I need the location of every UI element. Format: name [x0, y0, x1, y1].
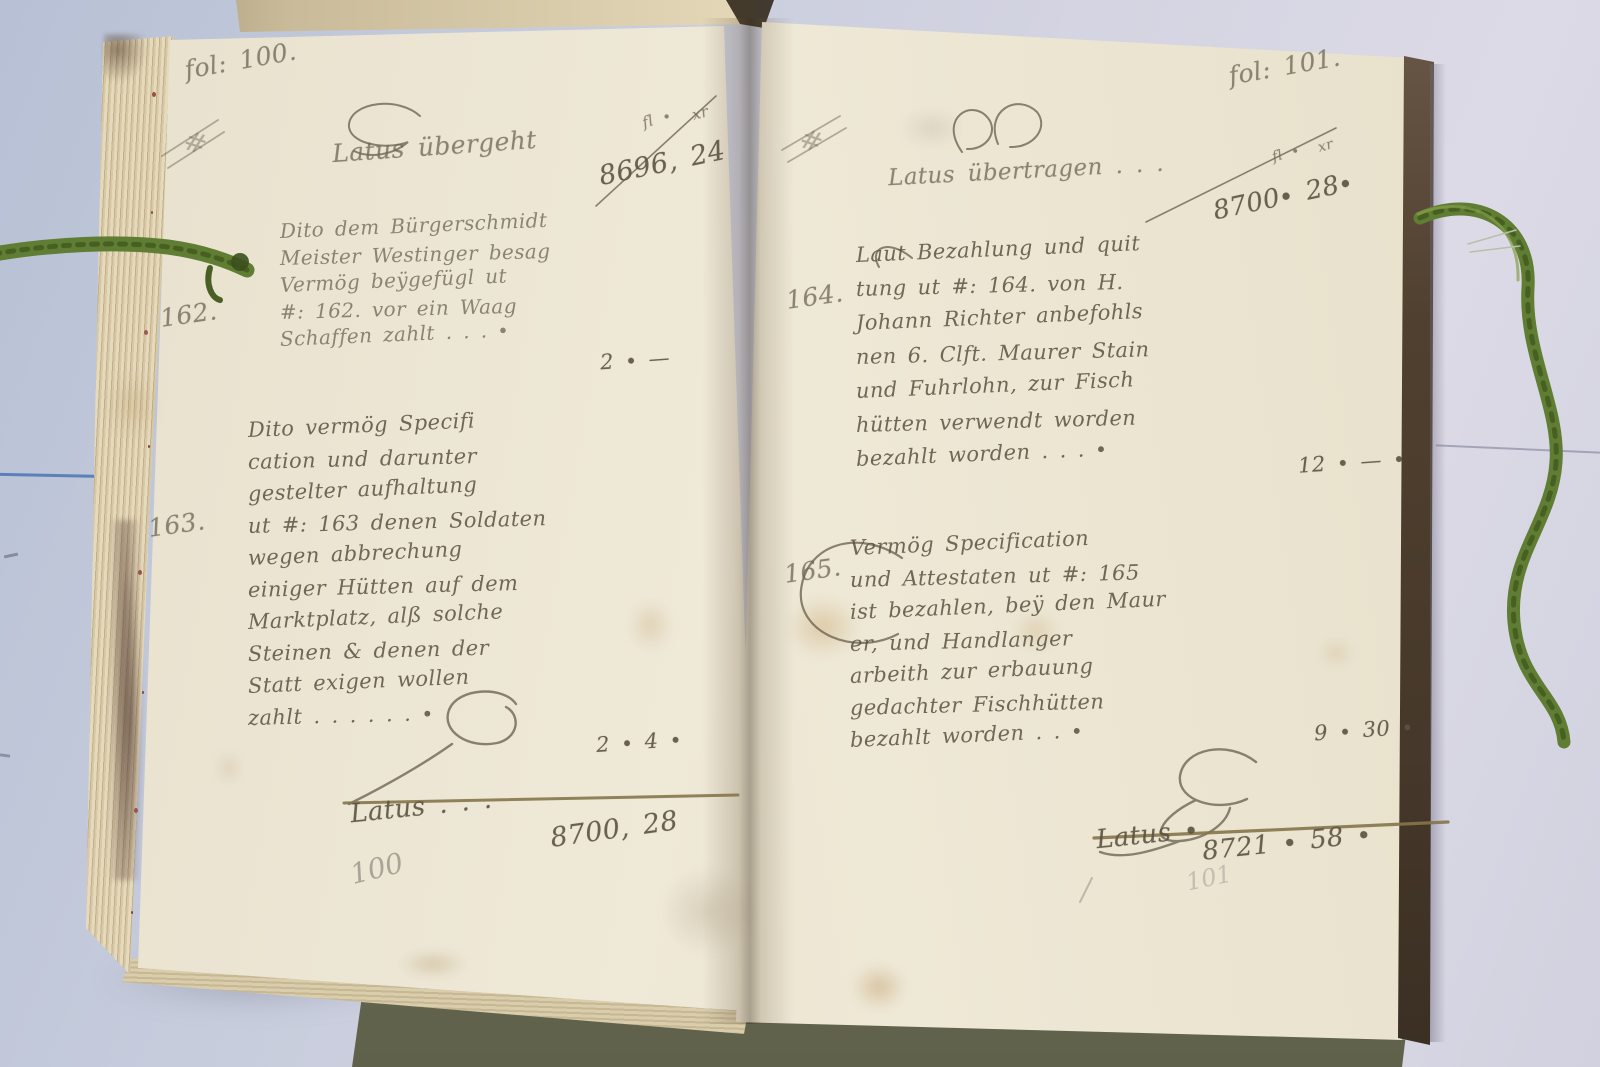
gutter-shadow [702, 18, 794, 1024]
stain [628, 598, 673, 653]
table-grey-line [1436, 444, 1600, 453]
stain [398, 950, 468, 978]
page-edge-mottling [112, 520, 144, 880]
stain [1318, 638, 1354, 668]
entry-162-text: Dito dem Bürgerschmidt Meister Westinger… [280, 218, 551, 353]
table-speck [4, 553, 18, 559]
stain [216, 752, 242, 784]
entry-164-text: Laut Bezahlung und quit tung ut #: 164. … [856, 238, 1150, 476]
photo-scene: fol: 100. # Latus übergeht fl ∙ xr 8696,… [0, 0, 1600, 1067]
stain [852, 964, 906, 1010]
page-edge-corner-shadow [104, 34, 150, 86]
entry-162-amount: 2 ∙ — [599, 346, 671, 375]
entry-line: zahlt . . . . . . ∙ [248, 694, 547, 734]
table-speck [0, 753, 10, 757]
entry-163-text: Dito vermög Specifi cation und darunter … [248, 414, 546, 734]
fore-edge-speckles [152, 92, 156, 97]
right-cover-shadow [1430, 64, 1446, 1042]
entry-165-text: Vermög Specification und Attestaten ut #… [850, 532, 1166, 756]
stain [900, 108, 964, 148]
stain [105, 370, 160, 440]
